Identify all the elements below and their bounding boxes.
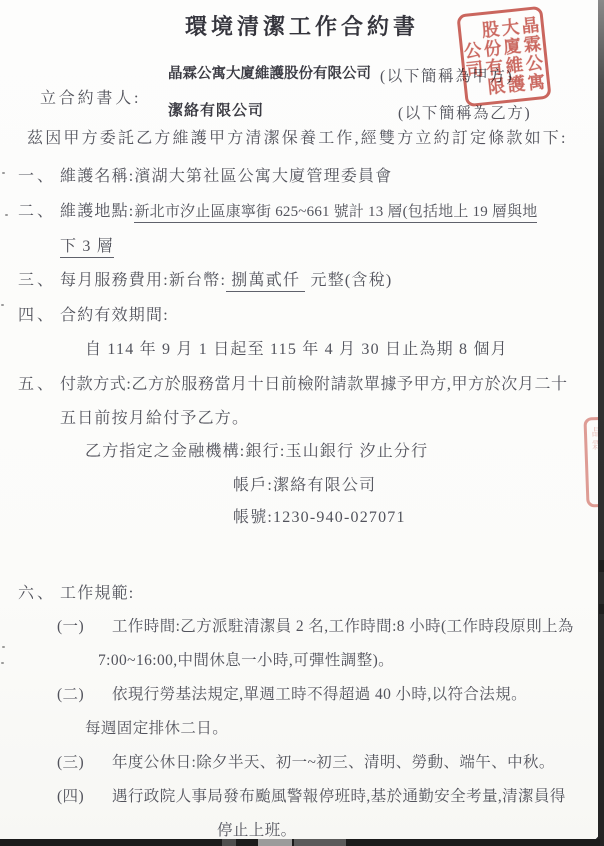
scan-speck [1, 662, 4, 664]
company-seal: 晶霖公寓大廈維護股份有限公司 [456, 6, 551, 107]
clause-6-sub4-line2: 停止上班。 [217, 820, 297, 841]
party-label: 立合約書人: [40, 88, 141, 109]
clause-4-text: 合約有效期間: [60, 305, 169, 326]
clause-5-account-number: 帳號:1230-940-027071 [233, 507, 406, 528]
clause-3-number: 三、 [18, 270, 56, 291]
clause-2-text: 維護地點:新北市汐止區康寧街 625~661 號計 13 層(包括地上 19 層… [60, 201, 537, 223]
clause-2-address-line2-wrap: 下 3 層 [60, 236, 114, 257]
clause-3-label: 每月服務費用:新台幣: [60, 272, 226, 289]
party-a-name: 晶霖公寓大廈維護股份有限公司 [168, 64, 371, 85]
scan-edge-mark [599, 560, 604, 572]
preamble: 茲因甲方委託乙方維護甲方清潔保養工作,經雙方立約訂定條款如下: [27, 128, 568, 149]
clause-2-address-line1: 新北市汐止區康寧街 625~661 號計 13 層(包括地上 19 層與地 [134, 204, 537, 223]
scan-edge-segment [294, 839, 346, 846]
clause-6-sub2-line1: 依現行勞基法規定,單週工時不得超過 40 小時,以符合法規。 [112, 684, 527, 705]
scan-edge-segment [222, 839, 236, 846]
scan-speck [2, 646, 5, 648]
company-seal-text: 晶霖公寓大廈維護股份有限公司 [460, 9, 549, 104]
scan-edge-segment [258, 839, 292, 846]
clause-2-label: 維護地點: [60, 203, 134, 220]
party-b-name: 潔絡有限公司 [168, 101, 264, 122]
clause-6-sub4-number: (四) [57, 786, 84, 807]
party-b-alias: (以下簡稱為乙方) [398, 103, 531, 124]
clause-6-sub2-number: (二) [57, 684, 84, 705]
scan-edge-bottom [0, 839, 600, 846]
clause-5-number: 五、 [18, 374, 56, 395]
clause-6-text: 工作規範: [60, 583, 134, 604]
clause-3-text: 每月服務費用:新台幣: 捌萬貳仟 元整(含稅) [60, 270, 392, 291]
clause-6-sub1-line1: 工作時間:乙方派駐清潔員 2 名,工作時間:8 小時(工作時段原則上為 [112, 616, 574, 637]
clause-6-sub3-line1: 年度公休日:除夕半天、初一~初三、清明、勞動、端午、中秋。 [112, 752, 555, 773]
clause-2-number: 二、 [18, 201, 56, 222]
scan-speck [5, 214, 8, 216]
clause-1-text: 維護名稱:濱湖大第社區公寓大廈管理委員會 [60, 166, 392, 187]
scan-speck [1, 304, 4, 306]
clause-6-sub1-number: (一) [57, 616, 84, 637]
clause-4-period: 自 114 年 9 月 1 日起至 115 年 4 月 30 日止為期 8 個月 [85, 339, 508, 360]
clause-1-number: 一、 [18, 166, 56, 187]
clause-6-sub2-line2: 每週固定排休二日。 [85, 718, 228, 739]
clause-6-number: 六、 [18, 583, 56, 604]
clause-4-number: 四、 [18, 305, 56, 326]
clause-3-amount: 捌萬貳仟 [226, 272, 305, 292]
clause-6-sub1-line2: 7:00~16:00,中間休息一小時,可彈性調整)。 [98, 650, 394, 671]
clause-5-account-holder: 帳戶:潔絡有限公司 [233, 475, 376, 496]
clause-6-sub3-number: (三) [57, 752, 84, 773]
clause-5-line1: 付款方式:乙方於服務當月十日前檢附請款單據予甲方,甲方於次月二十 [60, 374, 568, 395]
scan-speck [2, 172, 5, 174]
clause-5-bank: 乙方指定之金融機構:銀行:玉山銀行 汐止分行 [85, 441, 428, 462]
clause-5-line2: 五日前按月給付予乙方。 [60, 408, 249, 429]
scan-edge-right [598, 0, 604, 846]
clause-6-sub4-line1: 遇行政院人事局發布颱風警報停班時,基於通勤安全考量,清潔員得 [112, 786, 566, 807]
clause-3-suffix: 元整(含稅) [305, 272, 392, 289]
scanned-contract-page: 環境清潔工作合約書 晶霖公寓大廈維護股份有限公司 (以下簡稱為甲方) 立合約書人… [0, 0, 604, 846]
paper-sheet: 環境清潔工作合約書 晶霖公寓大廈維護股份有限公司 (以下簡稱為甲方) 立合約書人… [0, 0, 604, 846]
clause-2-address-line2: 下 3 層 [60, 238, 114, 258]
scan-edge-mark [599, 604, 604, 614]
